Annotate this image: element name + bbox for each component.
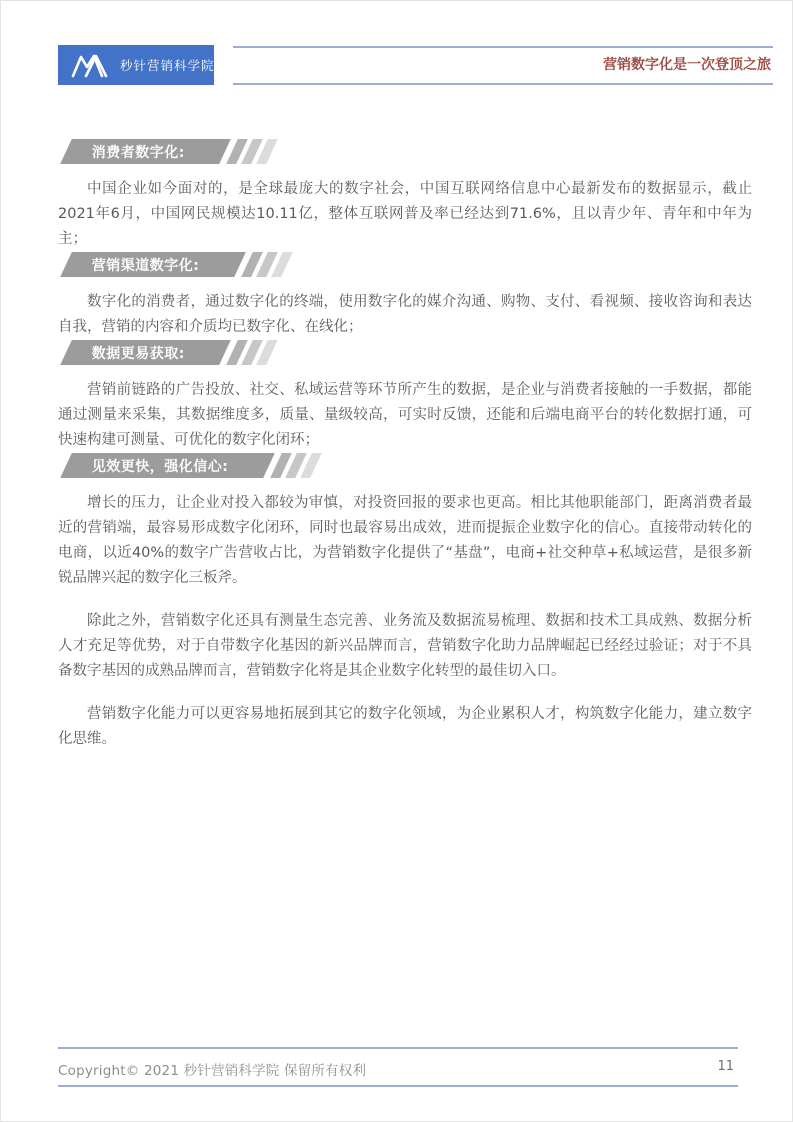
section-heading-banner: 消费者数字化: bbox=[58, 139, 752, 164]
page-content: 消费者数字化: 中国企业如今面对的，是全球最庞大的数字社会，中国互联网络信息中心… bbox=[58, 139, 752, 752]
copyright-notice: Copyright© 2021 秒针营销科学院 保留所有权利 bbox=[58, 1059, 366, 1079]
heading-bar: 数据更易获取: bbox=[60, 340, 231, 365]
section-faster-results: 见效更快，强化信心: 增长的压力，让企业对投入都较为审慎，对投资回报的要求也更高… bbox=[58, 453, 752, 752]
page-number: 11 bbox=[717, 1059, 734, 1074]
body-paragraph: 营销前链路的广告投放、社交、私域运营等环节所产生的数据，是企业与消费者接触的一手… bbox=[58, 378, 752, 453]
section-heading: 数据更易获取: bbox=[92, 343, 185, 363]
section-heading: 营销渠道数字化: bbox=[92, 255, 200, 275]
section-marketing-channel-digitalization: 营销渠道数字化: 数字化的消费者，通过数字化的终端，使用数字化的媒介沟通、购物、… bbox=[58, 252, 752, 340]
heading-bar: 见效更快，强化信心: bbox=[60, 453, 274, 478]
brand-name: 秒针营销科学院 bbox=[120, 56, 215, 74]
section-consumer-digitalization: 消费者数字化: 中国企业如今面对的，是全球最庞大的数字社会，中国互联网络信息中心… bbox=[58, 139, 752, 252]
brand-logo: 秒针营销科学院 bbox=[58, 45, 214, 85]
chapter-title: 营销数字化是一次登顶之旅 bbox=[603, 54, 771, 74]
document-page: 秒针营销科学院 营销数字化是一次登顶之旅 消费者数字化: 中国企业如今面对的，是… bbox=[0, 0, 793, 1122]
body-paragraph: 除此之外，营销数字化还具有测量生态完善、业务流及数据流易梳理、数据和技术工具成熟… bbox=[58, 609, 752, 684]
body-paragraph: 中国企业如今面对的，是全球最庞大的数字社会，中国互联网络信息中心最新发布的数据显… bbox=[58, 177, 752, 252]
footer-rule-top bbox=[58, 1047, 738, 1049]
section-heading: 消费者数字化: bbox=[92, 142, 185, 162]
section-heading-banner: 数据更易获取: bbox=[58, 340, 752, 365]
header-rule-top bbox=[233, 46, 773, 48]
section-heading-banner: 营销渠道数字化: bbox=[58, 252, 752, 277]
heading-bar: 营销渠道数字化: bbox=[60, 252, 245, 277]
section-heading: 见效更快，强化信心: bbox=[92, 456, 229, 476]
body-paragraph: 数字化的消费者，通过数字化的终端，使用数字化的媒介沟通、购物、支付、看视频、接收… bbox=[58, 290, 752, 340]
footer-rule-bottom bbox=[58, 1085, 738, 1087]
body-paragraph: 增长的压力，让企业对投入都较为审慎，对投资回报的要求也更高。相比其他职能部门，距… bbox=[58, 491, 752, 591]
section-data-accessibility: 数据更易获取: 营销前链路的广告投放、社交、私域运营等环节所产生的数据，是企业与… bbox=[58, 340, 752, 453]
body-paragraph: 营销数字化能力可以更容易地拓展到其它的数字化领域，为企业累积人才，构筑数字化能力… bbox=[58, 702, 752, 752]
section-heading-banner: 见效更快，强化信心: bbox=[58, 453, 752, 478]
header-rule-bottom bbox=[233, 83, 773, 85]
miaozhen-logo-icon bbox=[71, 52, 111, 78]
heading-bar: 消费者数字化: bbox=[60, 139, 231, 164]
